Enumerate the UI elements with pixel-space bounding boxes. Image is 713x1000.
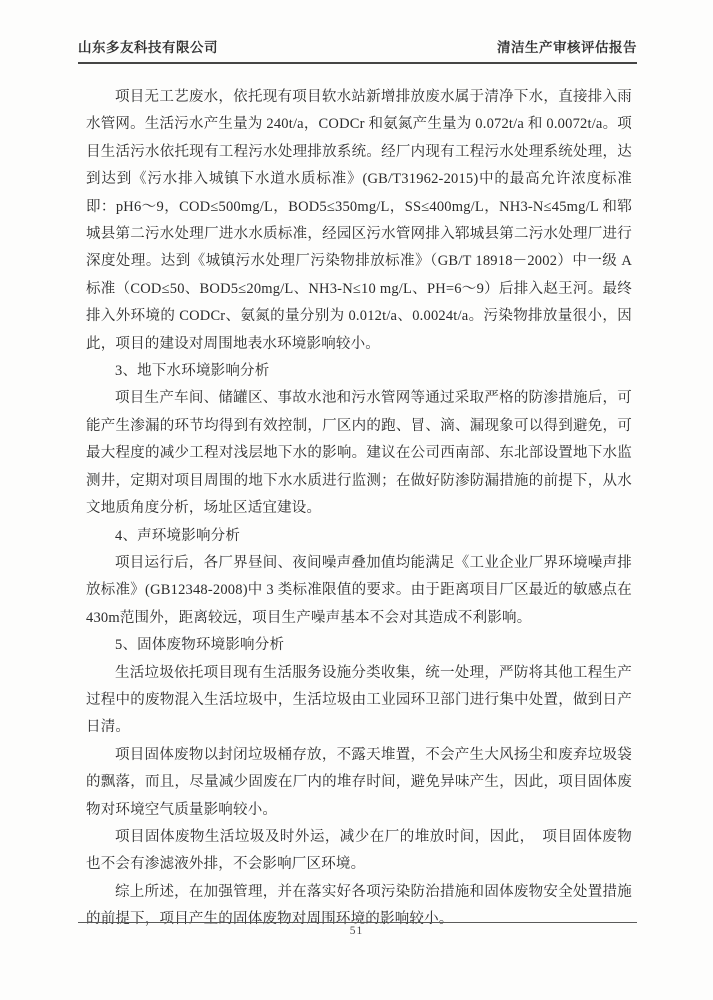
footer-divider (78, 922, 637, 923)
paragraph-groundwater: 项目生产车间、储罐区、事故水池和污水管网等通过采取严格的防渗措施后，可能产生渗漏… (86, 385, 632, 522)
paragraph-solid-waste-transport: 项目固体废物生活垃圾及时外运，减少在厂的堆放时间，因此， 项目固体废物也不会有渗… (86, 824, 632, 879)
paragraph-surface-water: 项目无工艺废水，依托现有项目软水站新增排放废水属于清净下水，直接排入雨水管网。生… (86, 84, 632, 358)
paragraph-solid-waste-storage: 项目固体废物以封闭垃圾桶存放，不露天堆置，不会产生大风扬尘和废弃垃圾袋的飘落，而… (86, 742, 632, 824)
document-body: 项目无工艺废水，依托现有项目软水站新增排放废水属于清净下水，直接排入雨水管网。生… (86, 84, 632, 934)
paragraph-domestic-garbage: 生活垃圾依托项目现有生活服务设施分类收集，统一处理，严防将其他工程生产过程中的废… (86, 660, 632, 742)
page-header: 山东多友科技有限公司 清洁生产审核评估报告 (78, 0, 637, 64)
paragraph-noise: 项目运行后，各厂界昼间、夜间噪声叠加值均能满足《工业企业厂界环境噪声排放标准》(… (86, 550, 632, 632)
heading-solid-waste-analysis: 5、固体废物环境影响分析 (86, 632, 632, 659)
report-page: 山东多友科技有限公司 清洁生产审核评估报告 项目无工艺废水，依托现有项目软水站新… (0, 0, 713, 1000)
heading-noise-analysis: 4、声环境影响分析 (86, 523, 632, 550)
heading-groundwater-analysis: 3、地下水环境影响分析 (86, 358, 632, 385)
page-number: 51 (0, 925, 713, 937)
header-report-title: 清洁生产审核评估报告 (497, 36, 637, 56)
header-company-name: 山东多友科技有限公司 (78, 36, 218, 56)
